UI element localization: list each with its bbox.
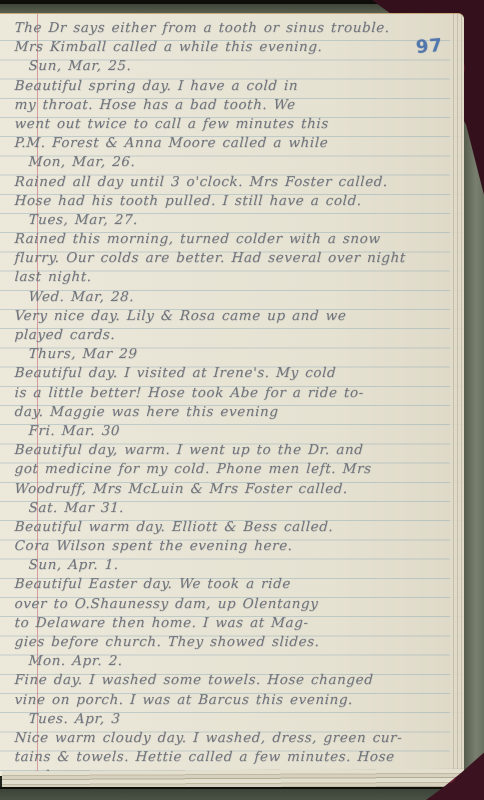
diary-date-line: Mon, Mar, 26. (14, 153, 447, 172)
diary-entry-line: Cora Wilson spent the evening here. (14, 537, 447, 556)
diary-entry-line: Hose had his tooth pulled. I still have … (14, 192, 447, 211)
diary-entry-line: went out twice to call a few minutes thi… (14, 115, 447, 134)
diary-entry-line: P.M. Forest & Anna Moore called a while (14, 134, 447, 153)
diary-entry-line: Mrs Kimball called a while this evening. (14, 38, 447, 57)
diary-entry-line: gies before church. They showed slides. (14, 633, 447, 652)
diary-date-line: Wed. Mar, 28. (14, 288, 447, 307)
diary-entry-line: Rained all day until 3 o'clock. Mrs Fost… (14, 173, 447, 192)
diary-entry-line: over to O.Shaunessy dam, up Olentangy (14, 595, 447, 614)
diary-entry-line: day. Maggie was here this evening (14, 403, 447, 422)
diary-entry-line: Woodruff, Mrs McLuin & Mrs Foster called… (14, 480, 447, 499)
diary-entry-line: flurry. Our colds are better. Had severa… (14, 249, 447, 268)
diary-date-line: Sun, Apr. 1. (14, 556, 447, 575)
diary-entry-line: played cards. (14, 326, 447, 345)
diary-entry-line: my throat. Hose has a bad tooth. We (14, 96, 447, 115)
diary-text: The Dr says either from a tooth or sinus… (14, 19, 446, 787)
diary-entry-line: The Dr says either from a tooth or sinus… (14, 19, 447, 38)
diary-entry-line: to Delaware then home. I was at Mag- (14, 614, 447, 633)
page-number-stamp: 97 (415, 35, 444, 58)
diary-date-line: Tues. Apr, 3 (14, 710, 447, 729)
diary-entry-line: is a little better! Hose took Abe for a … (14, 384, 447, 403)
diary-entry-line: tains & towels. Hettie called a few minu… (14, 748, 447, 767)
diary-photo: 97 The Dr says either from a tooth or si… (0, 0, 484, 800)
diary-entry-line: got medicine for my cold. Phone men left… (14, 460, 447, 479)
diary-date-line: Sat. Mar 31. (14, 499, 447, 518)
diary-entry-line: Beautiful day, warm. I went up to the Dr… (14, 441, 447, 460)
diary-entry-line: Beautiful Easter day. We took a ride (14, 575, 447, 594)
diary-entry-line: Beautiful warm day. Elliott & Bess calle… (14, 518, 447, 537)
diary-date-line: Thurs, Mar 29 (14, 345, 447, 364)
diary-entry-line: Beautiful spring day. I have a cold in (14, 77, 447, 96)
diary-date-line: Mon. Apr. 2. (14, 652, 447, 671)
diary-entry-line: vine on porch. I was at Barcus this even… (14, 691, 447, 710)
diary-entry-line: Rained this morning, turned colder with … (14, 230, 447, 249)
diary-page: 97 The Dr says either from a tooth or si… (0, 13, 464, 776)
diary-entry-line: Nice warm cloudy day. I washed, dress, g… (14, 729, 447, 748)
diary-date-line: Tues, Mar, 27. (14, 211, 447, 230)
diary-entry-line: last night. (14, 268, 447, 287)
diary-date-line: Fri. Mar. 30 (14, 422, 447, 441)
book-cover-bottom-edge (0, 787, 484, 800)
diary-entry-line: Fine day. I washed some towels. Hose cha… (14, 671, 447, 690)
diary-entry-line: Beautiful day. I visited at Irene's. My … (14, 364, 447, 383)
diary-date-line: Sun, Mar, 25. (14, 57, 447, 76)
diary-entry-line: Very nice day. Lily & Rosa came up and w… (14, 307, 447, 326)
